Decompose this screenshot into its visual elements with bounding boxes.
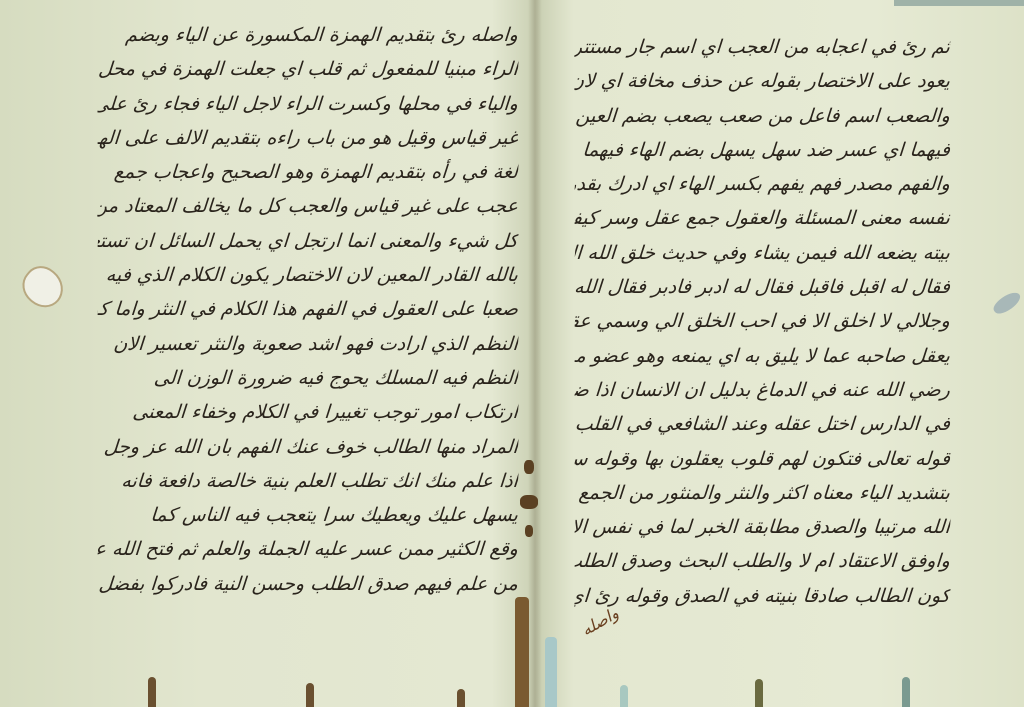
text-line: الراء مبنيا للمفعول ثم قلب اي جعلت الهمز… bbox=[97, 52, 519, 86]
text-line: صعبا على العقول في الفهم هذا الكلام في ا… bbox=[97, 292, 519, 326]
right-page: ثم رئ في اعجابه من العجب اي اسم جار مستت… bbox=[540, 0, 1024, 707]
text-line: في الدارس اختل عقله وعند الشافعي في القل… bbox=[574, 407, 951, 441]
text-line: يسهل عليك ويعطيك سرا يتعجب فيه الناس كما bbox=[97, 498, 519, 532]
text-line: والصعب اسم فاعل من صعب يصعب بضم العين bbox=[574, 99, 951, 133]
manuscript-spread: واصله رئ بتقديم الهمزة المكسورة عن الياء… bbox=[0, 0, 1024, 707]
text-line: وقع الكثير ممن عسر عليه الجملة والعلم ثم… bbox=[97, 532, 519, 566]
text-line: عجب على غير قياس والعجب كل ما يخالف المع… bbox=[97, 189, 519, 223]
worm-damage bbox=[755, 679, 763, 707]
text-line: نفسه معنى المسئلة والعقول جمع عقل وسر كي… bbox=[574, 201, 951, 235]
text-line: النظم الذي ارادت فهو اشد صعوبة والنثر تع… bbox=[97, 327, 519, 361]
left-page-text: واصله رئ بتقديم الهمزة المكسورة عن الياء… bbox=[98, 18, 518, 601]
paper-stain bbox=[18, 262, 69, 312]
text-line: اذا علم منك انك تطلب العلم بنية خالصة دا… bbox=[97, 464, 519, 498]
worm-damage bbox=[148, 677, 156, 707]
left-page: واصله رئ بتقديم الهمزة المكسورة عن الياء… bbox=[0, 0, 535, 707]
text-line: والياء في محلها وكسرت الراء لاجل الياء ف… bbox=[97, 87, 519, 121]
paper-stain bbox=[991, 289, 1024, 318]
text-line: لغة في رأه بتقديم الهمزة وهو الصحيح واعج… bbox=[97, 155, 519, 189]
text-line: ثم رئ في اعجابه من العجب اي اسم جار مستت… bbox=[574, 30, 951, 64]
text-line: بيته يضعه الله فيمن يشاء وفي حديث خلق ال… bbox=[574, 236, 951, 270]
text-line: رضي الله عنه في الدماغ بدليل ان الانسان … bbox=[574, 373, 951, 407]
worm-damage bbox=[306, 683, 314, 707]
right-page-text: ثم رئ في اعجابه من العجب اي اسم جار مستت… bbox=[575, 30, 950, 613]
text-line: ارتكاب امور توجب تغييرا في الكلام وخفاء … bbox=[97, 395, 519, 429]
text-line: واوفق الاعتقاد ام لا والطلب البحث وصدق ا… bbox=[574, 544, 951, 578]
text-line: غير قياس وقيل هو من باب راءه بتقديم الال… bbox=[97, 121, 519, 155]
text-line: النظم فيه المسلك يحوج فيه ضرورة الوزن ال… bbox=[97, 361, 519, 395]
text-line: واصله رئ بتقديم الهمزة المكسورة عن الياء… bbox=[97, 18, 519, 52]
text-line: يعود على الاختصار بقوله عن حذف مخافة اي … bbox=[574, 64, 951, 98]
text-line: من علم فيهم صدق الطلب وحسن النية فادركوا… bbox=[97, 567, 519, 601]
worm-damage bbox=[457, 689, 465, 707]
text-line: والفهم مصدر فهم يفهم بكسر الهاء اي ادرك … bbox=[574, 167, 951, 201]
text-line: كل شيء والمعنى انما ارتجل اي يحمل السائل… bbox=[97, 224, 519, 258]
binding-hole bbox=[524, 460, 534, 474]
text-line: كون الطالب صادقا بنيته في الصدق وقوله رئ… bbox=[574, 579, 951, 613]
binding-hole bbox=[520, 495, 538, 509]
text-line: بتشديد الياء معناه اكثر والنثر والمنثور … bbox=[574, 476, 951, 510]
text-line: فيهما اي عسر ضد سهل يسهل بضم الهاء فيهما bbox=[574, 133, 951, 167]
text-line: فقال له اقبل فاقبل فقال له ادبر فادبر فق… bbox=[574, 270, 951, 304]
text-line: الله مرتيبا والصدق مطابقة الخبر لما في ن… bbox=[574, 510, 951, 544]
worm-damage bbox=[515, 597, 529, 707]
text-line: المراد منها الطالب خوف عنك الفهم بان الل… bbox=[97, 430, 519, 464]
worm-damage bbox=[902, 677, 910, 707]
text-line: بالله القادر المعين لان الاختصار يكون ال… bbox=[97, 258, 519, 292]
binding-hole bbox=[525, 525, 533, 537]
text-line: قوله تعالى فتكون لهم قلوب يعقلون بها وقو… bbox=[574, 442, 951, 476]
text-line: يعقل صاحبه عما لا يليق به اي يمنعه وهو ع… bbox=[574, 339, 951, 373]
text-line: وجلالي لا اخلق الا في احب الخلق الي وسمي… bbox=[574, 304, 951, 338]
worm-damage bbox=[620, 685, 628, 707]
